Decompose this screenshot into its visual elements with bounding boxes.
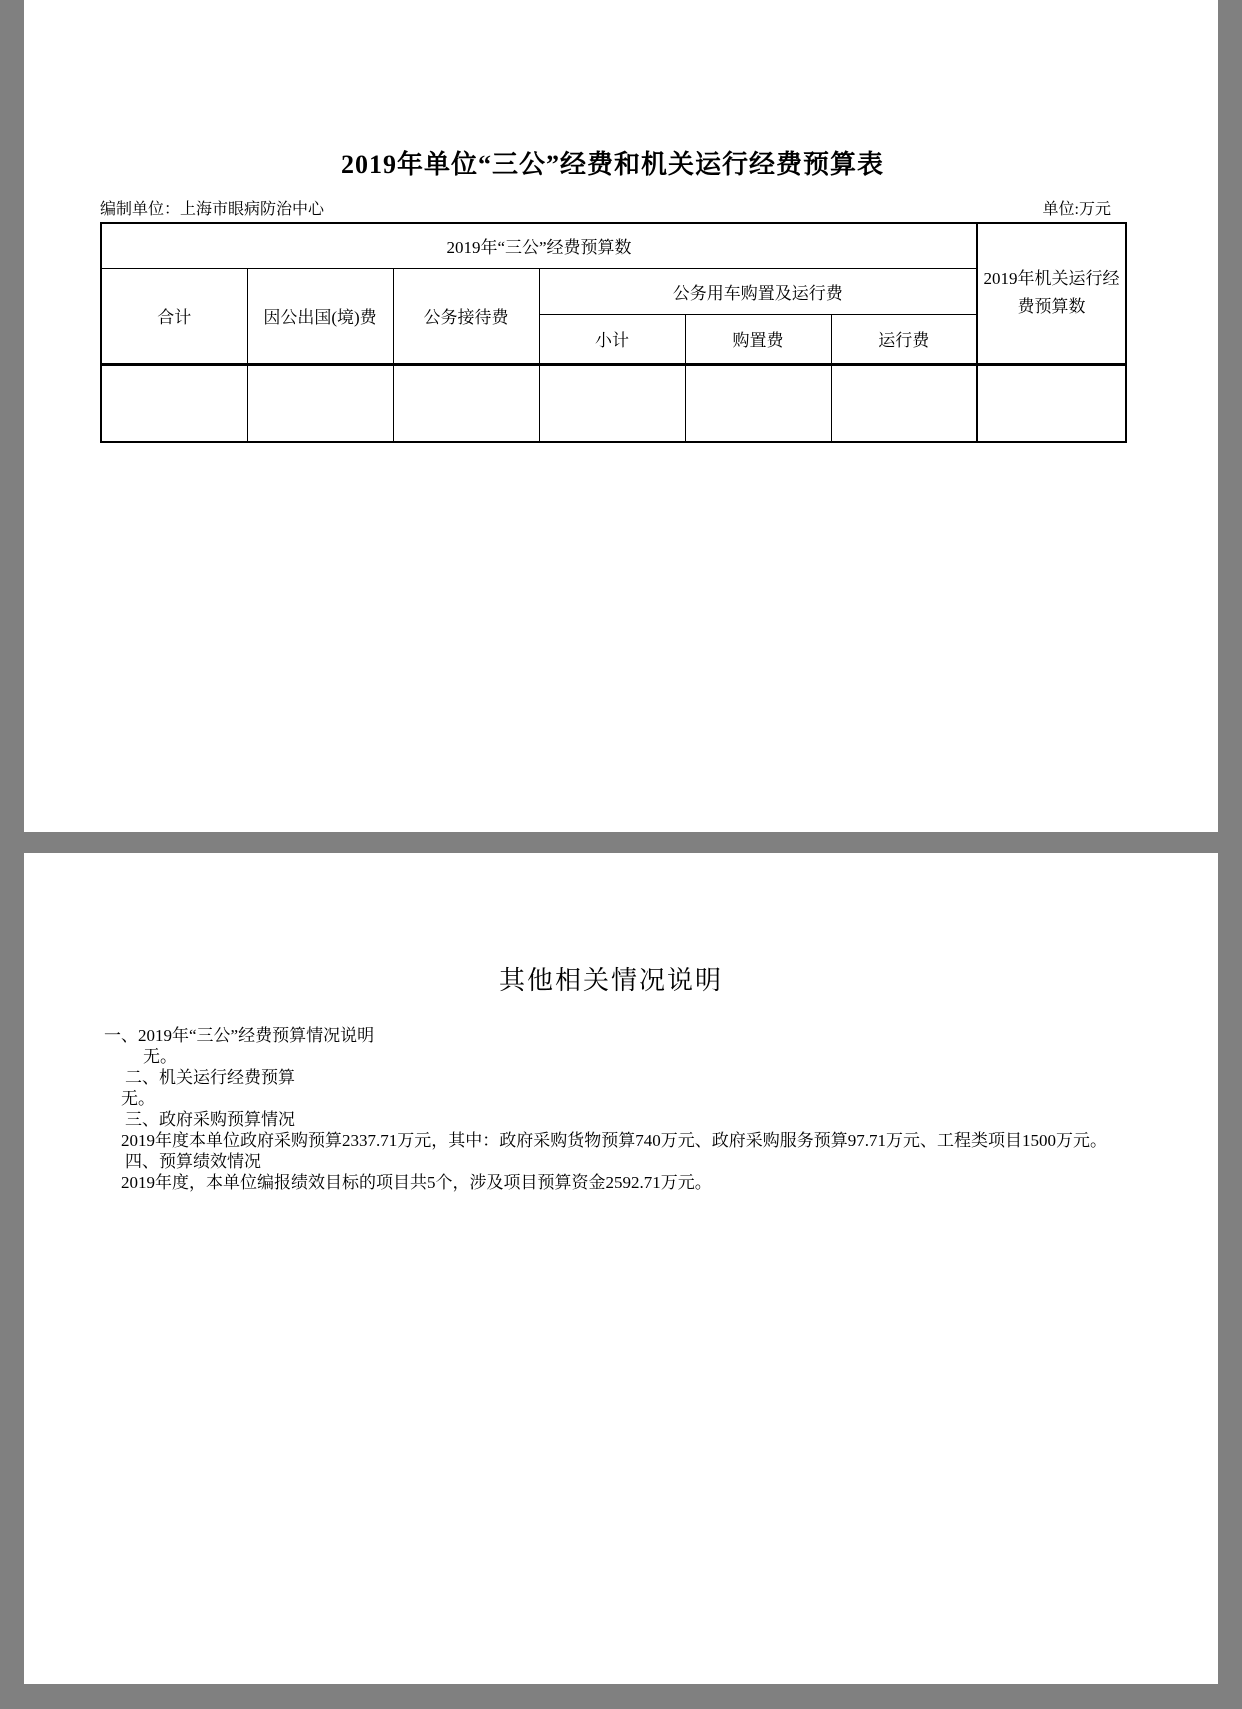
- page-title: 2019年单位“三公”经费和机关运行经费预算表: [100, 144, 1125, 181]
- header-official-reception: 公务接待费: [393, 268, 539, 364]
- data-cell-abroad: [247, 364, 393, 442]
- note-line-7: 四、预算绩效情况: [96, 1151, 1156, 1172]
- data-cell-vehicle-operation: [831, 364, 977, 442]
- page-2: 其他相关情况说明 一、2019年“三公”经费预算情况说明 无。 二、机关运行经费…: [24, 853, 1218, 1684]
- data-cell-vehicle-purchase: [685, 364, 831, 442]
- header-vehicle-subtotal: 小计: [539, 314, 685, 364]
- prepared-by-label: 编制单位：上海市眼病防治中心: [100, 196, 324, 219]
- header-vehicle-group: 公务用车购置及运行费: [539, 268, 977, 314]
- note-line-4: 无。: [96, 1088, 1156, 1109]
- notes-title: 其他相关情况说明: [96, 960, 1126, 997]
- data-cell-reception: [393, 364, 539, 442]
- note-line-3: 二、机关运行经费预算: [96, 1067, 1156, 1088]
- header-abroad-expense: 因公出国(境)费: [247, 268, 393, 364]
- header-three-public-budget: 2019年“三公”经费预算数: [101, 223, 977, 268]
- note-line-2: 无。: [96, 1046, 1156, 1067]
- notes-body: 一、2019年“三公”经费预算情况说明 无。 二、机关运行经费预算 无。 三、政…: [96, 1025, 1156, 1193]
- data-cell-agency-operating: [977, 364, 1126, 442]
- data-cell-vehicle-subtotal: [539, 364, 685, 442]
- note-line-5: 三、政府采购预算情况: [96, 1109, 1156, 1130]
- page-1: 2019年单位“三公”经费和机关运行经费预算表 编制单位：上海市眼病防治中心 单…: [24, 0, 1218, 832]
- header-vehicle-purchase: 购置费: [685, 314, 831, 364]
- note-line-8: 2019年度，本单位编报绩效目标的项目共5个，涉及项目预算资金2592.71万元…: [96, 1172, 1156, 1193]
- header-vehicle-operation: 运行费: [831, 314, 977, 364]
- budget-table: 2019年“三公”经费预算数 2019年机关运行经费预算数 合计 因公出国(境)…: [100, 222, 1127, 443]
- note-line-6: 2019年度本单位政府采购预算2337.71万元，其中：政府采购货物预算740万…: [96, 1130, 1156, 1151]
- note-line-1: 一、2019年“三公”经费预算情况说明: [96, 1025, 1156, 1046]
- document-viewport: { "page1": { "title": "2019年单位“三公”经费和机关运…: [0, 0, 1242, 1709]
- header-agency-operating-budget: 2019年机关运行经费预算数: [977, 223, 1126, 364]
- table-meta-row: 编制单位：上海市眼病防治中心 单位:万元: [100, 196, 1125, 219]
- header-total: 合计: [101, 268, 247, 364]
- unit-label: 单位:万元: [1043, 196, 1125, 219]
- table-data-row: [101, 364, 1126, 442]
- data-cell-total: [101, 364, 247, 442]
